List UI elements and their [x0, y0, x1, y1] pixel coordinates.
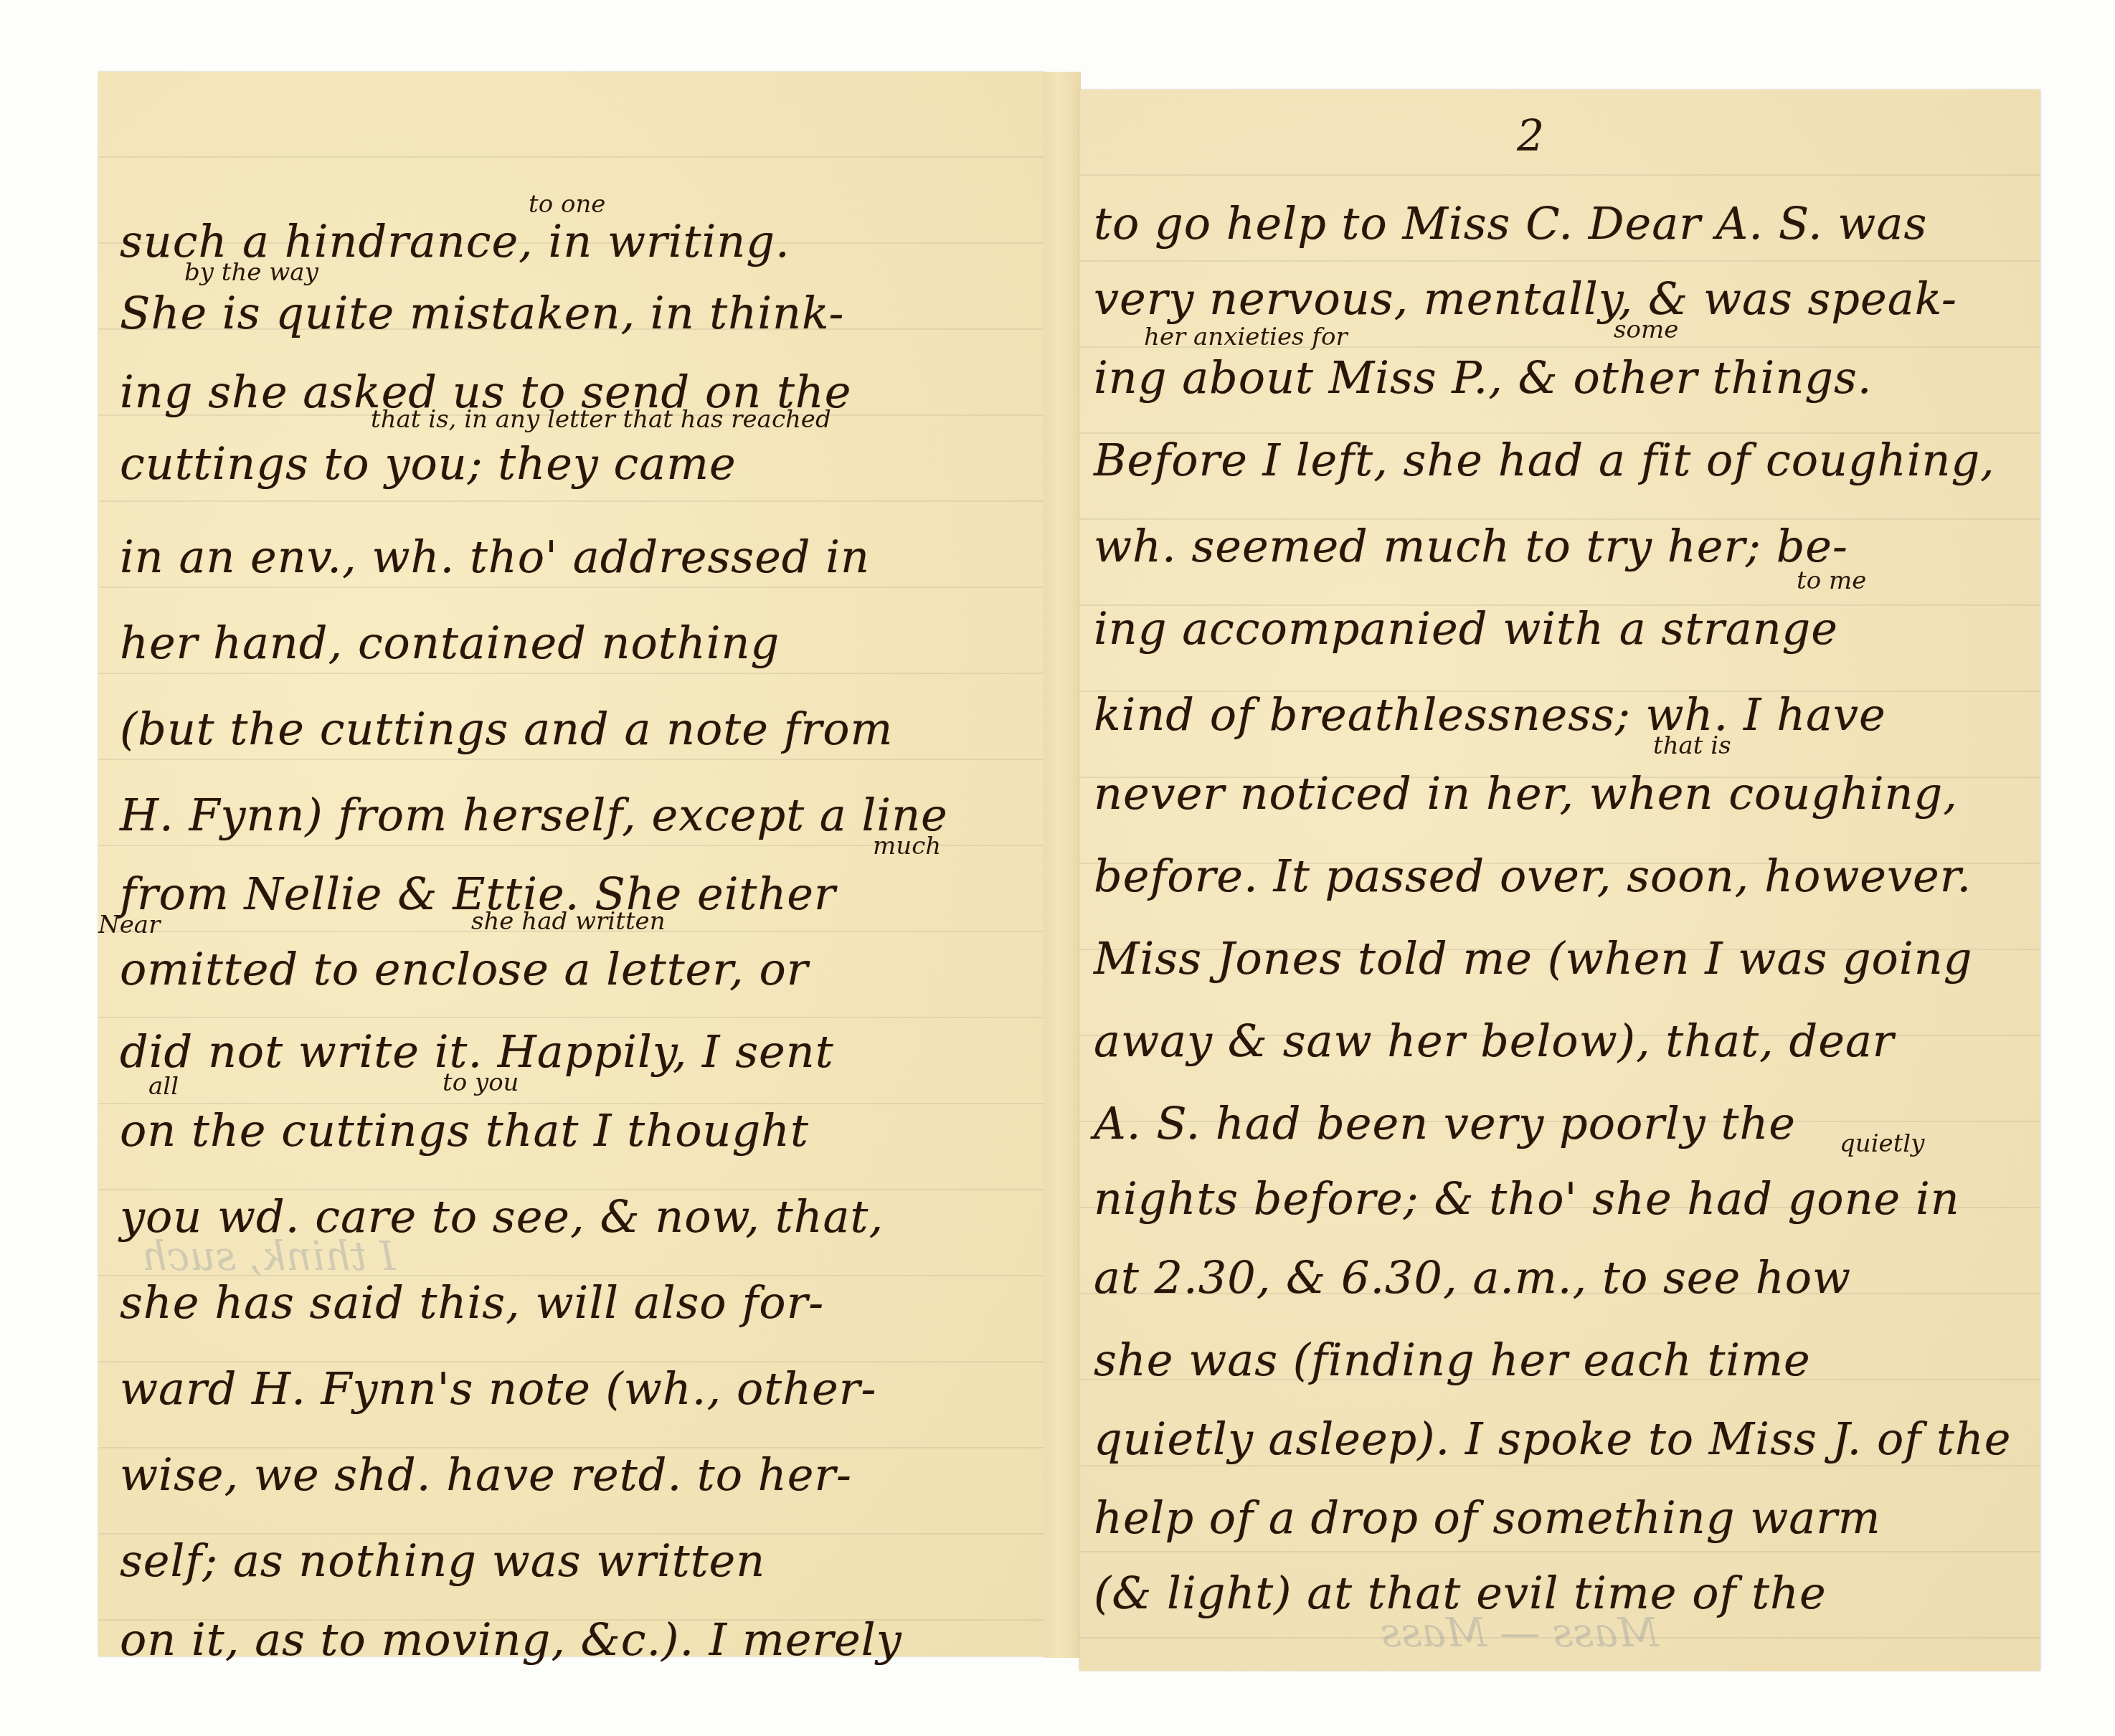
handwritten-line: She is quite mistaken, in think-	[120, 287, 844, 339]
interlinear-insert: some	[1614, 316, 1678, 344]
handwritten-line: kind of breathlessness; wh. I have	[1094, 688, 1886, 741]
handwritten-line: nights before; & tho' she had gone in	[1094, 1172, 1960, 1225]
interlinear-insert: to me	[1797, 566, 1866, 595]
interlinear-insert: by the way	[184, 258, 318, 287]
handwritten-line: at 2.30, & 6.30, a.m., to see how	[1094, 1251, 1851, 1304]
handwritten-line: Before I left, she had a fit of coughing…	[1094, 434, 1995, 486]
handwritten-line: self; as nothing was written	[120, 1535, 765, 1587]
handwritten-line: ing accompanied with a strange	[1094, 602, 1838, 655]
handwritten-line: wh. seemed much to try her; be-	[1094, 520, 1848, 572]
handwritten-line: never noticed in her, when coughing,	[1094, 767, 1958, 820]
handwritten-line: Miss Jones told me (when I was going	[1094, 932, 1972, 985]
handwritten-line: before. It passed over, soon, however.	[1094, 850, 1972, 902]
handwritten-line: to go help to Miss C. Dear A. S. was	[1094, 197, 1927, 250]
handwritten-line: quietly asleep). I spoke to Miss J. of t…	[1094, 1413, 2012, 1465]
handwritten-line: cuttings to you; they came	[120, 437, 737, 490]
handwritten-line: in an env., wh. tho' addressed in	[120, 531, 870, 583]
handwritten-line: away & saw her below), that, dear	[1094, 1015, 1895, 1067]
handwritten-line: on it, as to moving, &c.). I merely	[120, 1613, 902, 1666]
interlinear-insert: that is, in any letter that has reached	[371, 405, 831, 434]
interlinear-insert: much	[873, 832, 941, 860]
interlinear-insert: her anxieties for	[1144, 323, 1348, 351]
left-page: I think, such to one such a hindrance, i…	[98, 72, 1045, 1656]
handwritten-line: she has said this, will also for-	[120, 1276, 824, 1329]
handwritten-line: help of a drop of something warm	[1094, 1491, 1881, 1544]
handwritten-line: ing about Miss P., & other things.	[1094, 351, 1873, 404]
interlinear-insert: that is	[1653, 731, 1731, 760]
margin-note: Near	[98, 911, 160, 939]
right-page: 2 to go help to Miss C. Dear A. S. was v…	[1079, 90, 2040, 1671]
handwritten-line: you wd. care to see, & now, that,	[120, 1190, 884, 1243]
handwritten-line: A. S. had been very poorly the	[1094, 1097, 1796, 1149]
bleed-through-text: Mass — Mass	[1381, 1610, 1659, 1656]
handwritten-line: omitted to enclose a letter, or	[120, 943, 808, 995]
handwritten-line: her hand, contained nothing	[120, 617, 780, 669]
interlinear-insert: to you	[443, 1068, 519, 1097]
handwritten-line: H. Fynn) from herself, except a line	[120, 789, 948, 841]
interlinear-insert: quietly	[1840, 1129, 1924, 1158]
handwritten-line: on the cuttings that I thought	[120, 1104, 809, 1157]
handwritten-line: very nervous, mentally, & was speak-	[1094, 272, 1957, 325]
page-number: 2	[1517, 111, 1544, 161]
interlinear-insert: to one	[529, 190, 605, 219]
page-fold	[1044, 72, 1081, 1658]
handwritten-line: wise, we shd. have retd. to her-	[120, 1448, 852, 1501]
handwritten-line: she was (finding her each time	[1094, 1334, 1811, 1386]
handwritten-line: ward H. Fynn's note (wh., other-	[120, 1362, 876, 1415]
interlinear-insert: all	[148, 1072, 179, 1101]
interlinear-insert: she had written	[471, 907, 666, 936]
handwritten-line: (but the cuttings and a note from	[120, 703, 893, 755]
